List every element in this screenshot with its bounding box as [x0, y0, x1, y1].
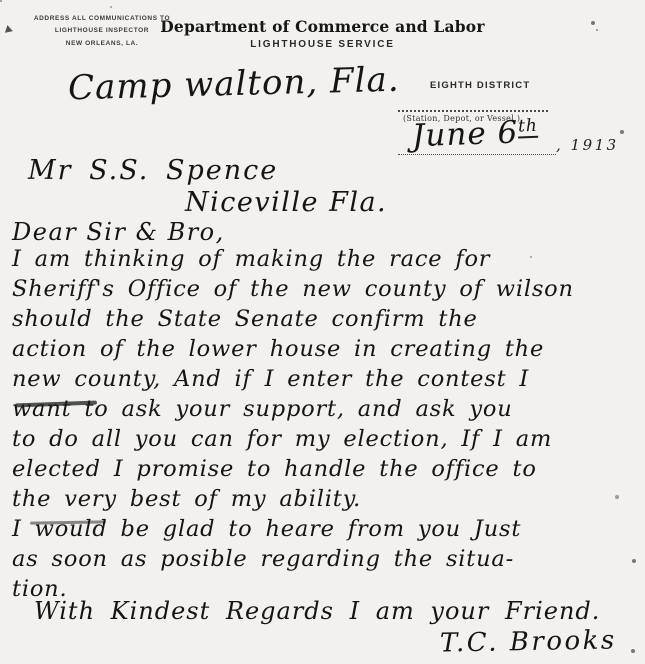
letter-body: I am thinking of making the race for She…: [12, 244, 637, 604]
handwritten-date: June 6th: [411, 114, 538, 154]
handwritten-place: Camp walton, Fla.: [68, 60, 400, 109]
station-dotted-rule: [398, 110, 548, 112]
closing-line: With Kindest Regards I am your Friend.: [34, 597, 600, 625]
district-label: EIGHTH DISTRICT: [430, 80, 530, 91]
signature: T.C. Brooks: [440, 625, 617, 658]
service-title: LIGHTHOUSE SERVICE: [0, 39, 645, 50]
scanned-letter-page: ADDRESS ALL COMMUNICATIONS TO LIGHTHOUSE…: [0, 0, 645, 664]
salutation: Dear Sir & Bro,: [12, 218, 225, 246]
body-line: I am thinking of making the race for: [12, 244, 637, 274]
body-line: should the State Senate confirm the: [12, 304, 637, 334]
printed-year: , 1913: [556, 136, 619, 154]
body-line: the very best of my ability.: [12, 484, 637, 514]
body-line: I would be glad to heare from you Just: [12, 514, 637, 544]
date-month-day: June 6: [411, 115, 518, 155]
date-ordinal: th: [518, 115, 539, 138]
body-line: want to ask your support, and ask you: [12, 394, 637, 424]
recipient-name: Mr S.S. Spence: [28, 155, 278, 186]
body-line: as soon as posible regarding the situa-: [12, 544, 637, 574]
department-title: Department of Commerce and Labor: [0, 17, 645, 36]
body-line: action of the lower house in creating th…: [12, 334, 637, 364]
body-line: elected I promise to handle the office t…: [12, 454, 637, 484]
body-line: Sheriff's Office of the new county of wi…: [12, 274, 637, 304]
date-dotted-rule: [398, 154, 556, 155]
body-line: to do all you can for my election, If I …: [12, 424, 637, 454]
body-line: new county, And if I enter the contest I: [12, 364, 637, 394]
scan-specks: [0, 0, 2, 2]
recipient-city: Niceville Fla.: [185, 187, 387, 218]
